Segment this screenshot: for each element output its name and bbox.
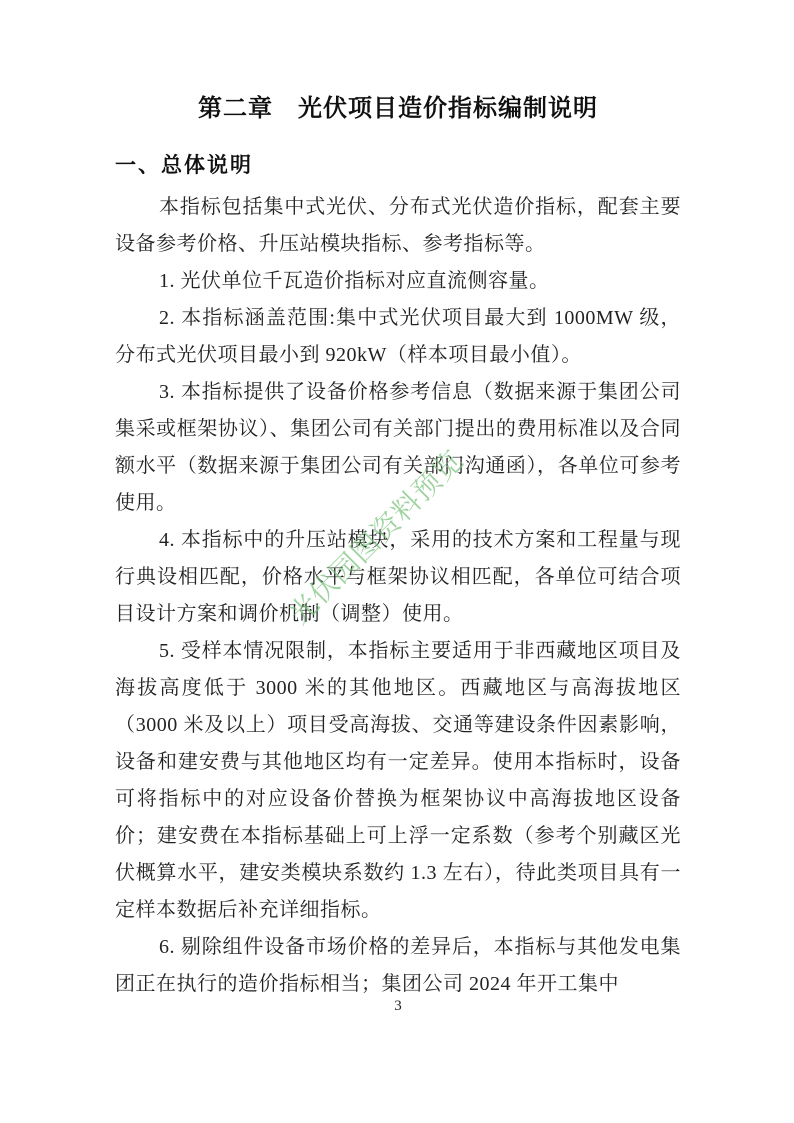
chapter-title: 第二章 光伏项目造价指标编制说明 <box>115 88 681 123</box>
paragraph: 4. 本指标中的升压站模块，采用的技术方案和工程量与现行典设相匹配，价格水平与框… <box>115 522 681 633</box>
paragraph: 3. 本指标提供了设备价格参考信息（数据来源于集团公司集采或框架协议）、集团公司… <box>115 374 681 522</box>
paragraph: 6. 剔除组件设备市场价格的差异后，本指标与其他发电集团正在执行的造价指标相当；… <box>115 929 681 1003</box>
document-page: 第二章 光伏项目造价指标编制说明 一、总体说明 本指标包括集中式光伏、分布式光伏… <box>0 0 794 1123</box>
paragraph: 1. 光伏单位千瓦造价指标对应直流侧容量。 <box>115 263 681 300</box>
document-content: 第二章 光伏项目造价指标编制说明 一、总体说明 本指标包括集中式光伏、分布式光伏… <box>115 88 681 1003</box>
section-heading: 一、总体说明 <box>115 149 681 179</box>
page-number: 3 <box>115 998 681 1015</box>
paragraph: 本指标包括集中式光伏、分布式光伏造价指标，配套主要设备参考价格、升压站模块指标、… <box>115 189 681 263</box>
paragraph: 2. 本指标涵盖范围:集中式光伏项目最大到 1000MW 级，分布式光伏项目最小… <box>115 300 681 374</box>
body-paragraphs: 本指标包括集中式光伏、分布式光伏造价指标，配套主要设备参考价格、升压站模块指标、… <box>115 189 681 1003</box>
paragraph: 5. 受样本情况限制，本指标主要适用于非西藏地区项目及海拔高度低于 3000 米… <box>115 633 681 929</box>
